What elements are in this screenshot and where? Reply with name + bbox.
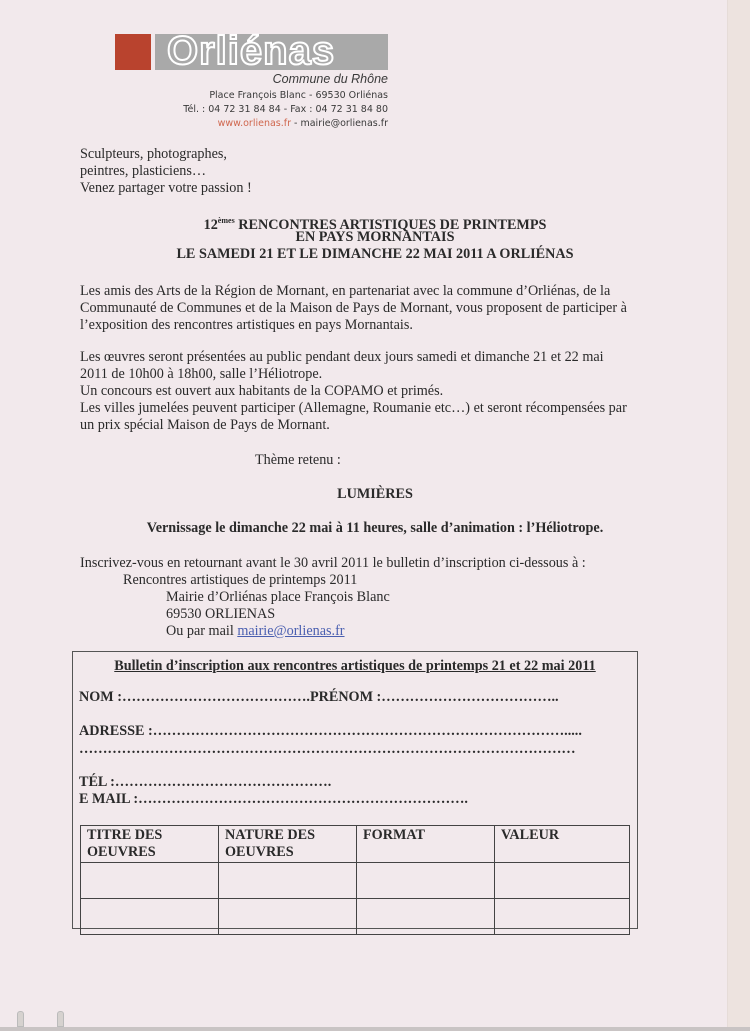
page-edge xyxy=(727,0,750,1031)
website-link[interactable]: www.orlienas.fr xyxy=(218,118,291,129)
event-title-line3: LE SAMEDI 21 ET LE DIMANCHE 22 MAI 2011 … xyxy=(0,246,750,263)
col-header-format: FORMAT xyxy=(357,826,495,863)
paragraph2-line: Un concours est ouvert aux habitants de … xyxy=(80,383,443,400)
table-cell[interactable] xyxy=(219,899,357,935)
table-cell[interactable] xyxy=(495,863,630,899)
mail-link[interactable]: mairie@orlienas.fr xyxy=(237,623,344,639)
form-title: Bulletin d’inscription aux rencontres ar… xyxy=(73,658,637,675)
paragraph2-line: un prix spécial Maison de Pays de Mornan… xyxy=(80,417,330,434)
edition-suffix: èmes xyxy=(218,216,235,225)
table-cell[interactable] xyxy=(495,899,630,935)
intro-line: Venez partager votre passion ! xyxy=(80,180,252,197)
works-table: TITRE DESOEUVRES NATURE DESOEUVRES FORMA… xyxy=(80,825,630,935)
event-title-line2: EN PAYS MORNANTAIS xyxy=(0,229,750,246)
mairie-phone-fax: Tél. : 04 72 31 84 84 - Fax : 04 72 31 8… xyxy=(183,104,388,115)
paragraph1-line: Communauté de Communes et de la Maison d… xyxy=(80,300,627,317)
table-cell[interactable] xyxy=(81,899,219,935)
table-cell[interactable] xyxy=(357,899,495,935)
table-cell[interactable] xyxy=(81,863,219,899)
paragraph2-line: 2011 de 10h00 à 18h00, salle l’Héliotrop… xyxy=(80,366,322,383)
col-header-nature: NATURE DESOEUVRES xyxy=(219,826,357,863)
logo-red-block xyxy=(115,34,151,70)
table-cell[interactable] xyxy=(219,863,357,899)
name-field[interactable]: NOM :………………………………….PRÉNOM :……………………………….… xyxy=(79,689,559,706)
registration-form: Bulletin d’inscription aux rencontres ar… xyxy=(72,651,638,929)
theme-title: LUMIÈRES xyxy=(0,486,750,503)
table-row xyxy=(81,899,630,935)
punch-hole-mark xyxy=(57,1011,64,1027)
mairie-address: Place François Blanc - 69530 Orliénas xyxy=(209,90,388,101)
table-header-row: TITRE DESOEUVRES NATURE DESOEUVRES FORMA… xyxy=(81,826,630,863)
theme-label: Thème retenu : xyxy=(255,452,341,469)
table-cell[interactable] xyxy=(357,863,495,899)
paragraph2-line: Les œuvres seront présentées au public p… xyxy=(80,349,604,366)
email-text: mairie@orlienas.fr xyxy=(300,118,388,129)
col-header-valeur: VALEUR xyxy=(495,826,630,863)
col-header-titre: TITRE DESOEUVRES xyxy=(81,826,219,863)
address-field[interactable]: ADRESSE :……………………………………………………………………………..… xyxy=(79,723,582,740)
registration-intro: Inscrivez-vous en retournant avant le 30… xyxy=(80,555,586,572)
table-row xyxy=(81,863,630,899)
orlienas-logo: Orliénas xyxy=(115,34,388,70)
mail-prefix: Ou par mail xyxy=(166,623,237,639)
nom-label: NOM :…………………………………. xyxy=(79,689,310,705)
commune-label: Commune du Rhône xyxy=(273,72,388,86)
prenom-label: PRÉNOM :……………………………….. xyxy=(310,689,559,705)
phone-field[interactable]: TÉL :………………………………………. xyxy=(79,774,331,791)
registration-line: 69530 ORLIENAS xyxy=(166,606,275,623)
intro-line: Sculpteurs, photographes, xyxy=(80,146,227,163)
punch-hole-mark xyxy=(17,1011,24,1027)
registration-line: Rencontres artistiques de printemps 2011 xyxy=(123,572,357,589)
page-bottom-edge xyxy=(0,1027,750,1031)
logo-text: Orliénas xyxy=(167,28,335,74)
address-field-line2[interactable]: …………………………………………………………………………………………… xyxy=(79,741,576,758)
intro-line: peintres, plasticiens… xyxy=(80,163,206,180)
registration-line: Mairie d’Orliénas place François Blanc xyxy=(166,589,390,606)
email-field[interactable]: E MAIL :……………………………………………………………. xyxy=(79,791,468,808)
mairie-contact: www.orlienas.fr - mairie@orlienas.fr xyxy=(218,118,388,129)
registration-mail: Ou par mail mairie@orlienas.fr xyxy=(166,623,345,640)
vernissage-info: Vernissage le dimanche 22 mai à 11 heure… xyxy=(0,520,750,537)
paragraph2-line: Les villes jumelées peuvent participer (… xyxy=(80,400,627,417)
paragraph1-line: l’exposition des rencontres artistiques … xyxy=(80,317,413,334)
paragraph1-line: Les amis des Arts de la Région de Mornan… xyxy=(80,283,610,300)
